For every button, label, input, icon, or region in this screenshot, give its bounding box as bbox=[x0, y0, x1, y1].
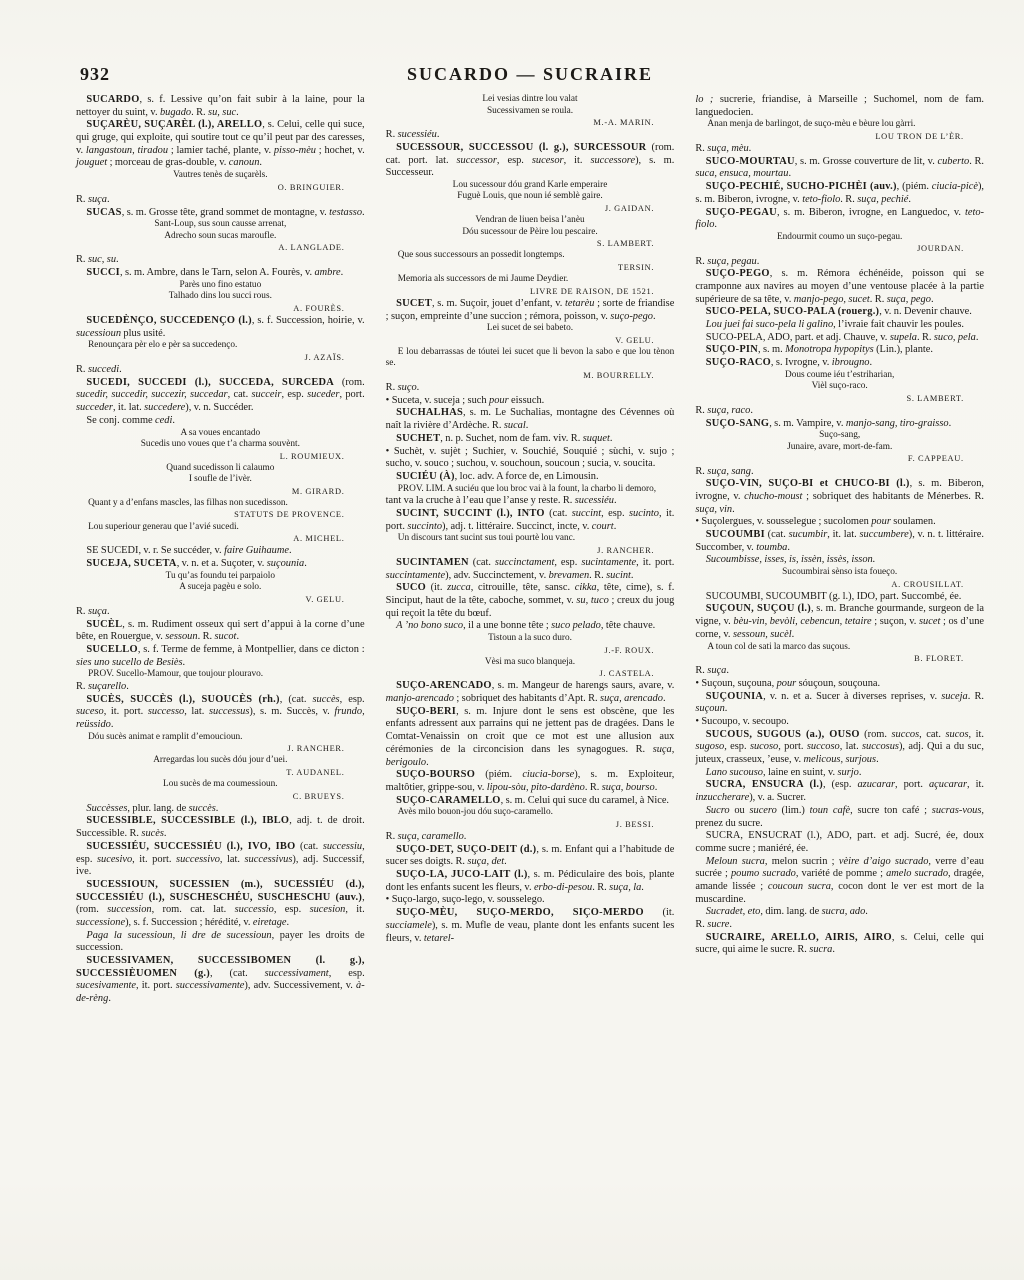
dict-entry: SUCESSIVAMEN, SUCCESSIBOMEN (l. g.), SUC… bbox=[76, 955, 365, 1006]
text-run: , v. n. Devenir chauve. bbox=[879, 306, 972, 317]
text-run: vèire d’aigo sucrado bbox=[839, 856, 929, 867]
text-run: sessoun bbox=[165, 631, 197, 642]
text-run: . bbox=[164, 828, 167, 839]
dict-entry: SUÇO-DET, SUÇO-DEIT (d.), s. m. Enfant q… bbox=[386, 844, 675, 869]
text-run: , it. bbox=[967, 779, 984, 790]
text-run: T. AUDANEL. bbox=[286, 768, 344, 777]
text-run: Se conj. comme bbox=[86, 415, 155, 426]
entry-headword: SUCINTAMEN bbox=[396, 557, 469, 568]
text-run: successiu bbox=[323, 841, 362, 852]
text-run: C. BRUEYS. bbox=[293, 792, 345, 801]
paragraph: R. suça, pegau. bbox=[695, 256, 984, 269]
text-run: succos bbox=[891, 729, 919, 740]
text-run: . bbox=[732, 504, 735, 515]
text-run: succint bbox=[572, 508, 601, 519]
text-run: , s. m. Biberon, ivrogne, en Languedoc, … bbox=[777, 207, 965, 218]
text-run: A suceja pagèu e solo. bbox=[179, 582, 261, 592]
text-run: Endourmit coumo un suço-pegau. bbox=[777, 232, 902, 242]
quote-line: Memoria als successors de mi Jaume Deydi… bbox=[386, 274, 675, 286]
text-run: suco pelado bbox=[551, 620, 601, 631]
text-run: Vèsi ma suco blanqueja. bbox=[485, 657, 575, 667]
text-run: Lei vesias dintre lou valat bbox=[482, 94, 577, 104]
paragraph: SUCOUMBI, SUCOUMBIT (g. l.), IDO, part. … bbox=[695, 591, 984, 604]
paragraph: • Suçoun, suçouna, pour sóuçoun, souçoun… bbox=[695, 678, 984, 691]
dict-entry: SUÇO-LA, JUCO-LAIT (l.), s. m. Pédiculai… bbox=[386, 869, 675, 894]
dict-entry: SUCO-PELA, SUCO-PALA (rouerg.), v. n. De… bbox=[695, 306, 984, 319]
attribution: STATUTS DE PROVENCE. bbox=[76, 509, 365, 521]
verse: Arregardas lou sucès dóu jour d’uei. bbox=[76, 755, 365, 767]
text-run: . bbox=[236, 631, 239, 642]
text-run: successo bbox=[148, 706, 184, 717]
dict-entry: SUCESSIOUN, SUCESSIEN (m.), SUCESSIÉU (d… bbox=[76, 879, 365, 930]
verse-line: Sucessivamen se roula. bbox=[386, 106, 675, 118]
text-run: LOU TRON DE L’ÈR. bbox=[875, 132, 964, 141]
text-run: , s. m. bbox=[758, 344, 785, 355]
attribution: J.-F. ROUX. bbox=[386, 645, 675, 657]
text-run: suço-pego bbox=[610, 311, 653, 322]
entry-headword: SUÇO-LA, JUCO-LAIT (l.) bbox=[396, 869, 527, 880]
text-run: tant va la cruche à l’eau que l’anse y r… bbox=[386, 495, 575, 506]
text-run: soulamen. bbox=[891, 516, 936, 527]
text-run: . bbox=[832, 944, 835, 955]
text-run: sucra bbox=[809, 944, 832, 955]
text-run: LIVRE DE RAISON, DE 1521. bbox=[530, 287, 654, 296]
attribution: F. CAPPEAU. bbox=[695, 453, 984, 465]
paragraph: lo ; sucrerie, friandise, à Marseille ; … bbox=[695, 94, 984, 119]
verse: Tistoun a la suco duro. bbox=[386, 633, 675, 645]
text-run: ; suçon, v. bbox=[872, 616, 919, 627]
verse-line: I soufle de l’ivèr. bbox=[76, 474, 365, 486]
text-run: manjo-arencado bbox=[386, 693, 454, 704]
paragraph: R. suça, mèu. bbox=[695, 143, 984, 156]
text-run: eiretage bbox=[253, 917, 287, 928]
text-run: suça bbox=[707, 665, 726, 676]
dict-entry: SUCEDI, SUCCEDI (l.), SUCCEDA, SURCEDA (… bbox=[76, 377, 365, 415]
attribution: J. RANCHER. bbox=[386, 545, 675, 557]
text-run: Dóu sucessour de Pèire lou pescaire. bbox=[462, 227, 597, 237]
attribution: A. FOURÈS. bbox=[76, 303, 365, 315]
dict-entry: SUCAS, s. m. Grosse tête, grand sommet d… bbox=[76, 207, 365, 220]
text-run: . R. bbox=[968, 691, 984, 702]
text-run: J. AZAÏS. bbox=[305, 353, 345, 362]
entry-headword: SUCINT, SUCCINT (l.), INTO bbox=[396, 508, 545, 519]
text-run: court bbox=[592, 521, 614, 532]
entry-headword: SUÇO-PEGO bbox=[706, 268, 770, 279]
text-run: manjo-sang, tiro-graisso bbox=[846, 418, 949, 429]
text-run: , cat. bbox=[919, 729, 945, 740]
text-run: sucesivo bbox=[97, 854, 132, 865]
text-run: suceder bbox=[307, 389, 339, 400]
text-run: Tu qu’as foundu tei parpaiolo bbox=[166, 571, 275, 581]
dict-entry: SUCET, s. m. Suçoir, jouet d’enfant, v. … bbox=[386, 298, 675, 323]
text-run: , variété de pomme ; bbox=[796, 868, 886, 879]
text-run: pour bbox=[489, 395, 509, 406]
paragraph: • Suço-largo, suço-lego, v. sousselego. bbox=[386, 894, 675, 907]
page-header: 932 SUCARDO — SUCRAIRE bbox=[76, 64, 984, 94]
verse-line: Lou sucessour dóu grand Karle emperaire bbox=[386, 180, 675, 192]
text-run: cedi bbox=[155, 415, 172, 426]
dict-entry: SUCESSOUR, SUCCESSOU (l. g.), SURCESSOUR… bbox=[386, 142, 675, 180]
text-run: (rom. bbox=[860, 729, 892, 740]
attribution: S. LAMBERT. bbox=[386, 238, 675, 250]
attribution: JOURDAN. bbox=[695, 243, 984, 255]
dict-entry: SUÇO-VIN, SUÇO-BI et CHUCO-BI (l.), s. m… bbox=[695, 478, 984, 516]
text-run: suçounia bbox=[267, 558, 305, 569]
verse-line: Dóu sucessour de Pèire lou pescaire. bbox=[386, 227, 675, 239]
text-run: Arregardas lou sucès dóu jour d’uei. bbox=[153, 755, 287, 765]
text-run: suça, caramello bbox=[398, 831, 464, 842]
text-run: , s. m. Mangeur de harengs saurs, avare,… bbox=[492, 680, 675, 691]
text-run: ), v. a. Sucrer. bbox=[749, 792, 806, 803]
text-run: . bbox=[908, 194, 911, 205]
attribution: C. BRUEYS. bbox=[76, 791, 365, 803]
text-run: • Suceta, v. suceja ; such bbox=[386, 395, 489, 406]
text-run: sucesion bbox=[310, 904, 346, 915]
text-run: (cat. bbox=[765, 529, 789, 540]
text-run: . bbox=[751, 466, 754, 477]
text-run: successivus bbox=[245, 854, 293, 865]
text-run: supela bbox=[890, 332, 917, 343]
text-run: succeder bbox=[76, 402, 113, 413]
text-run: , it. lat. bbox=[827, 529, 859, 540]
text-run: . bbox=[287, 917, 290, 928]
verse: Dous coume iéu t’estriharian,Vièl suço-r… bbox=[695, 370, 984, 393]
verse: Sant-Loup, sus soun causse arrenat,Adrec… bbox=[76, 219, 365, 242]
text-run: O. BRINGUIER. bbox=[278, 183, 345, 192]
verse-line: Fuguè Louis, que noun ié semblè gaire. bbox=[386, 191, 675, 203]
dict-entry: SUÇO-MÈU, SUÇO-MERDO, SIÇO-MERDO (it. su… bbox=[386, 907, 675, 945]
text-run: . bbox=[788, 168, 791, 179]
text-run: Adrecho soun sucas maroufle. bbox=[164, 231, 276, 241]
text-run: sóuçoun, souçouna. bbox=[796, 678, 880, 689]
text-run: , it. bbox=[969, 729, 984, 740]
text-run: successore bbox=[590, 155, 635, 166]
verse-line: Vèsi ma suco blanqueja. bbox=[386, 657, 675, 669]
verse-line: Tu qu’as foundu tei parpaiolo bbox=[76, 571, 365, 583]
entry-body: , v. n. et a. Suçoter, v. suçounia. bbox=[177, 558, 307, 569]
text-run: succinto bbox=[407, 521, 442, 532]
dict-entry: SUÇO-PIN, s. m. Monotropa hypopitys (Lin… bbox=[695, 344, 984, 357]
text-run: sies uno sucello de Besiès bbox=[76, 657, 183, 668]
text-run: I soufle de l’ivèr. bbox=[189, 474, 252, 484]
text-run: (lim.) bbox=[777, 805, 810, 816]
text-run: . bbox=[870, 357, 873, 368]
text-run: , port. bbox=[895, 779, 929, 790]
text-run: . bbox=[107, 606, 110, 617]
text-run: . R. bbox=[191, 107, 208, 118]
paragraph: Sucro ou sucero (lim.) toun cafè, sucre … bbox=[695, 805, 984, 830]
text-run: , s. f. Terme de femme, à Montpellier, d… bbox=[138, 644, 365, 655]
paragraph: R. sucre. bbox=[695, 919, 984, 932]
text-run: . bbox=[865, 906, 868, 917]
entry-body: , s. Ivrogne, v. ibrougno. bbox=[771, 357, 872, 368]
attribution: TERSIN. bbox=[386, 262, 675, 274]
text-run: succedere bbox=[144, 402, 185, 413]
text-run: . R. bbox=[969, 156, 984, 167]
text-run: ; sobriquet des habitants d’Apt. R. bbox=[454, 693, 600, 704]
text-run: , plur. lang. de bbox=[127, 803, 188, 814]
text-run: V. GELU. bbox=[615, 336, 654, 345]
entry-body: , loc. adv. A force de, en Limousin. bbox=[455, 471, 599, 482]
text-run: (rom. bbox=[334, 377, 365, 388]
quote-line: Renounçara pèr elo e pèr sa succedenço. bbox=[76, 340, 365, 352]
text-run: sucumbir bbox=[789, 529, 828, 540]
text-run: succinctament bbox=[495, 557, 554, 568]
verse-line: Parès uno fino estatuo bbox=[76, 280, 365, 292]
text-run: . bbox=[653, 311, 656, 322]
text-run: suceja bbox=[941, 691, 968, 702]
dict-entry: SUCEJA, SUCETA, v. n. et a. Suçoter, v. … bbox=[76, 558, 365, 571]
attribution: J. RANCHER. bbox=[76, 743, 365, 755]
text-run: . bbox=[663, 693, 666, 704]
column-2: Lei vesias dintre lou valatSucessivamen … bbox=[386, 94, 675, 1006]
text-run: Avès milo bouon-jou dóu suço-caramello. bbox=[398, 807, 553, 817]
text-run: sucintamente bbox=[581, 557, 636, 568]
entry-headword: SUCEJA, SUCETA bbox=[86, 558, 176, 569]
verse: Endourmit coumo un suço-pegau. bbox=[695, 232, 984, 244]
text-run: successione bbox=[76, 917, 125, 928]
text-run: pisso-mèu bbox=[274, 145, 316, 156]
text-run: , v. n. et a. Sucer à diverses reprises,… bbox=[763, 691, 941, 702]
text-run: Junaire, avare, mort-de-fam. bbox=[787, 442, 892, 452]
text-run: . R. bbox=[589, 570, 606, 581]
paragraph: Lou juei fai suco-pela li galino, l’ivra… bbox=[695, 319, 984, 332]
text-run: suco, pela bbox=[934, 332, 976, 343]
paragraph: R. sucessiéu. bbox=[386, 129, 675, 142]
text-run: ciucia-borse bbox=[522, 769, 574, 780]
text-run: , port. bbox=[778, 741, 807, 752]
text-run: B. FLORET. bbox=[914, 654, 964, 663]
text-run: ), s. m. Succès, v. bbox=[249, 706, 334, 717]
dict-entry: SUCRA, ENSUCRA (l.), (esp. azucarar, por… bbox=[695, 779, 984, 804]
paragraph: Succèsses, plur. lang. de succès. bbox=[76, 803, 365, 816]
attribution: O. BRINGUIER. bbox=[76, 182, 365, 194]
entry-headword: SUÇO-VIN, SUÇO-BI et CHUCO-BI (l.) bbox=[706, 478, 910, 489]
paragraph: Sucoumbisse, isses, is, issèn, issès, is… bbox=[695, 554, 984, 567]
text-run: . bbox=[341, 267, 344, 278]
text-run: sucet bbox=[919, 616, 940, 627]
text-run: langastoun, tiradou bbox=[86, 145, 168, 156]
text-run: . bbox=[714, 219, 717, 230]
text-run: . bbox=[236, 107, 239, 118]
text-run: faire Guihaume bbox=[224, 545, 289, 556]
text-run: suçoun bbox=[695, 703, 724, 714]
dict-entry: SUCESSIBLE, SUCCESSIBLE (l.), IBLO, adj.… bbox=[76, 815, 365, 840]
text-run: . R. bbox=[592, 882, 609, 893]
text-run: . bbox=[107, 194, 110, 205]
entry-headword: SUCESSOUR, SUCCESSOU (l. g.), SURCESSOUR bbox=[396, 142, 646, 153]
verse-line: Vendran de liuen beisa l’anèu bbox=[386, 215, 675, 227]
page-title: SUCARDO — SUCRAIRE bbox=[76, 64, 984, 85]
text-run: succoso bbox=[807, 741, 840, 752]
entry-headword: SUCCI bbox=[86, 267, 120, 278]
quote-line: Lou superiour generau que l’avié sucedi. bbox=[76, 522, 365, 534]
paragraph: Lano sucouso, laine en suint, v. surjo. bbox=[695, 767, 984, 780]
text-run: sugoso bbox=[695, 741, 724, 752]
paragraph: Sucradet, eto, dim. lang. de sucra, ado. bbox=[695, 906, 984, 919]
entry-body: , s. m. Ambre, dans le Tarn, selon A. Fo… bbox=[120, 267, 343, 278]
text-run: , esp. bbox=[724, 741, 750, 752]
paragraph: R. suça. bbox=[695, 665, 984, 678]
text-run: tetarèu bbox=[565, 298, 594, 309]
text-run: Suço-sang, bbox=[819, 430, 860, 440]
text-run: . bbox=[289, 545, 292, 556]
text-run: bèu-vin, bevòli, cebencun, tetaire bbox=[733, 616, 871, 627]
text-run: suça, la bbox=[609, 882, 641, 893]
text-run: F. CAPPEAU. bbox=[908, 454, 964, 463]
entry-headword: SUÇO-DET, SUÇO-DEIT (d.) bbox=[396, 844, 536, 855]
text-run: , s. Ivrogne, v. bbox=[771, 357, 832, 368]
verse: Vèsi ma suco blanqueja. bbox=[386, 657, 675, 669]
verse-line: Quand sucedisson li calaumo bbox=[76, 463, 365, 475]
verse: Quand sucedisson li calaumoI soufle de l… bbox=[76, 463, 365, 486]
text-run: TERSIN. bbox=[618, 263, 654, 272]
text-run: sucessiéu bbox=[398, 129, 437, 140]
text-run: su, tuco bbox=[576, 595, 608, 606]
text-run: suça, det bbox=[467, 856, 504, 867]
verse-line: Sucoumbirai sènso ista foueço. bbox=[695, 567, 984, 579]
verse-line: Endourmit coumo un suço-pegau. bbox=[695, 232, 984, 244]
text-run: sucrerie, friandise, à Marseille ; Sucho… bbox=[695, 94, 984, 118]
attribution: L. ROUMIEUX. bbox=[76, 451, 365, 463]
paragraph: Meloun sucra, melon sucrin ; vèire d’aig… bbox=[695, 856, 984, 907]
entry-body: , n. p. Suchet, nom de fam. viv. R. suqu… bbox=[440, 433, 612, 444]
text-run: suceso bbox=[76, 706, 104, 717]
text-run: M. BOURRELLY. bbox=[583, 371, 654, 380]
text-run: , (cat. bbox=[280, 694, 313, 705]
text-run: successivo bbox=[176, 854, 220, 865]
text-run: ; lamier taché, plante, v. bbox=[168, 145, 274, 156]
verse: Lou sucès de ma coumessioun. bbox=[76, 779, 365, 791]
entry-headword: SUÇO-PECHIÉ, SUCHO-PICHÈI (auv.) bbox=[706, 181, 897, 192]
paragraph: R. suça, sang. bbox=[695, 466, 984, 479]
attribution: A. MICHEL. bbox=[76, 533, 365, 545]
text-run: sucessiéu bbox=[575, 495, 614, 506]
text-run: ambre bbox=[314, 267, 340, 278]
text-run: SUCOUMBI, SUCOUMBIT (g. l.), IDO, part. … bbox=[706, 591, 962, 602]
paragraph: tant va la cruche à l’eau que l’anse y r… bbox=[386, 495, 675, 508]
text-run: R. bbox=[76, 681, 88, 692]
text-run: toun cafè bbox=[810, 805, 851, 816]
text-run: , laine en suint, v. bbox=[763, 767, 838, 778]
text-run: R. bbox=[386, 129, 398, 140]
text-run: suça bbox=[88, 606, 107, 617]
text-run: . bbox=[787, 542, 790, 553]
dict-entry: SUCARDO, s. f. Lessive qu’on fait subir … bbox=[76, 94, 365, 119]
text-run: Tistoun a la suco duro. bbox=[488, 633, 572, 643]
text-run: Lei sucet de sei babeto. bbox=[487, 323, 573, 333]
text-run: chucho-moust bbox=[744, 491, 802, 502]
dict-entry: SUCEDÈNÇO, SUCCEDENÇO (l.), s. f. Succes… bbox=[76, 315, 365, 340]
text-run: Succèsses bbox=[86, 803, 127, 814]
text-run: JOURDAN. bbox=[917, 244, 964, 253]
attribution: S. LAMBERT. bbox=[695, 393, 984, 405]
text-run: R. bbox=[76, 194, 88, 205]
verse: Suço-sang,Junaire, avare, mort-de-fam. bbox=[695, 430, 984, 453]
entry-headword: SUCRA, ENSUCRA (l.) bbox=[706, 779, 823, 790]
paragraph: R. suça, caramello. bbox=[386, 831, 675, 844]
column-1: SUCARDO, s. f. Lessive qu’on fait subir … bbox=[76, 94, 365, 1006]
entry-headword: SUÇO-RACO bbox=[706, 357, 771, 368]
text-run: suça, sang bbox=[707, 466, 751, 477]
dict-entry: SUCCI, s. m. Ambre, dans le Tarn, selon … bbox=[76, 267, 365, 280]
text-run: ibrougno bbox=[832, 357, 870, 368]
text-run: • Sucoupo, v. secoupo. bbox=[695, 716, 789, 727]
text-run: (piém. bbox=[475, 769, 522, 780]
text-run: succès bbox=[312, 694, 339, 705]
attribution: T. AUDANEL. bbox=[76, 767, 365, 779]
text-run: R. bbox=[695, 256, 707, 267]
attribution: A. CROUSILLAT. bbox=[695, 579, 984, 591]
text-run: . R. bbox=[585, 782, 602, 793]
text-run: , esp. bbox=[497, 155, 532, 166]
text-run: . bbox=[526, 420, 529, 431]
attribution: LIVRE DE RAISON, DE 1521. bbox=[386, 286, 675, 298]
quote-line: PROV. Sucello-Mamour, que toujour ploura… bbox=[76, 669, 365, 681]
text-run: , it. port. bbox=[636, 557, 674, 568]
dict-entry: SUCHALHAS, s. m. Le Suchalias, montagne … bbox=[386, 407, 675, 432]
text-run: Sucro bbox=[706, 805, 730, 816]
entry-headword: SUÇO-CARAMELLO bbox=[396, 795, 501, 806]
text-run: . bbox=[183, 657, 186, 668]
entry-headword: SUCET bbox=[396, 298, 432, 309]
text-run: suça, pechié bbox=[857, 194, 908, 205]
text-run: Memoria als successors de mi Jaume Deydi… bbox=[398, 274, 569, 284]
entry-headword: SUÇOUNIA bbox=[706, 691, 763, 702]
dict-entry: SUCELLO, s. f. Terme de femme, à Montpel… bbox=[76, 644, 365, 669]
entry-headword: SUCÈS, SUCCÈS (l.), SUOUCÈS (rh.) bbox=[86, 694, 279, 705]
entry-headword: SUCO-PELA, SUCO-PALA (rouerg.) bbox=[706, 306, 880, 317]
text-run: coucoun sucra bbox=[768, 881, 831, 892]
text-run: suça bbox=[88, 194, 107, 205]
text-run: . bbox=[426, 757, 429, 768]
text-run: Lou sucessour dóu grand Karle emperaire bbox=[453, 180, 608, 190]
text-run: R. bbox=[76, 606, 88, 617]
text-run: . R. bbox=[198, 631, 215, 642]
text-run: ciucia-picè bbox=[932, 181, 978, 192]
dict-entry: SUÇOUNIA, v. n. et a. Sucer à diverses r… bbox=[695, 691, 984, 716]
text-run: A toun col de sati la marco das suçous. bbox=[707, 642, 850, 652]
text-run: , esp. bbox=[281, 389, 307, 400]
text-run: melicous, surjous bbox=[804, 754, 877, 765]
text-run: . bbox=[304, 558, 307, 569]
text-run: , s. m. Celui qui suce du caramel, à Nic… bbox=[501, 795, 669, 806]
text-run: J. RANCHER. bbox=[597, 546, 654, 555]
text-run: ), v. n. Succéder. bbox=[185, 402, 253, 413]
text-run: , s. m. Grosse tête, grand sommet de mon… bbox=[122, 207, 329, 218]
dict-entry: SUCOUS, SUGOUS (a.), OUSO (rom. succos, … bbox=[695, 729, 984, 767]
paragraph: SUCRA, ENSUCRAT (l.), ADO, part. et adj.… bbox=[695, 830, 984, 855]
text-run: E lou debarrassas de tóutei lei sucet qu… bbox=[386, 347, 675, 369]
text-run: sucra, ado bbox=[822, 906, 866, 917]
text-run: plus usité. bbox=[121, 328, 165, 339]
text-run: erbo-di-pesou bbox=[534, 882, 592, 893]
verse-line: Vautres tenès de suçarèls. bbox=[76, 170, 365, 182]
paragraph: R. suça, raco. bbox=[695, 405, 984, 418]
text-run: sucre bbox=[707, 919, 729, 930]
verse-line: Vièl suço-raco. bbox=[695, 381, 984, 393]
entry-headword: SUÇO-ARENCADO bbox=[396, 680, 492, 691]
text-run: ), adv. Succinctement, v. bbox=[445, 570, 548, 581]
text-run: R. bbox=[695, 143, 707, 154]
text-run: . bbox=[111, 719, 114, 730]
text-run: Quant y a d’enfans mascles, las filhas n… bbox=[88, 498, 288, 508]
verse-line: Tistoun a la suco duro. bbox=[386, 633, 675, 645]
dict-entry: SUÇO-SANG, s. m. Vampire, v. manjo-sang,… bbox=[695, 418, 984, 431]
text-run: . bbox=[949, 418, 952, 429]
text-run: A. LANGLADE. bbox=[278, 243, 344, 252]
text-run: Renounçara pèr elo e pèr sa succedenço. bbox=[88, 340, 237, 350]
